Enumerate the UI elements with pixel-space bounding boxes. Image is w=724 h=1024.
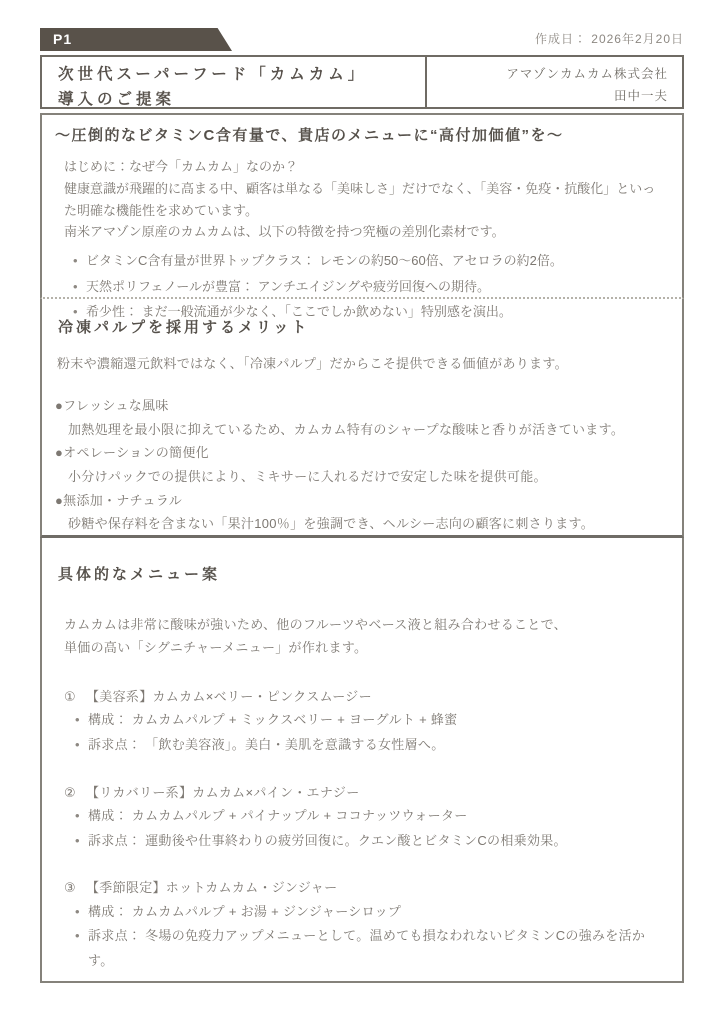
menu-title-text: 【リカバリー系】カムカム×パイン・エナジー xyxy=(86,781,360,804)
menu-composition: • 構成： カムカムパルプ + お湯 + ジンジャーシロップ xyxy=(75,900,666,925)
feature-title: ●オペレーションの簡便化 xyxy=(55,441,666,465)
bullet-text: ビタミンC含有量が世界トップクラス： レモンの約50～60倍、アセロラの約2倍。 xyxy=(86,248,563,273)
page-meta-row: P1 作成日： 2026年2月20日 xyxy=(40,28,684,51)
feature-description: 砂糖や保存料を含まない「果汁100％」を強調でき、ヘルシー志向の顧客に刺さります… xyxy=(68,512,666,536)
document-body: ～圧倒的なビタミンC含有量で、貴店のメニューに“高付加価値”を～ はじめに：なぜ… xyxy=(40,113,684,983)
menu-composition: • 構成： カムカムパルプ + パイナップル + ココナッツウォーター xyxy=(75,804,666,829)
menu-composition-text: 構成： カムカムパルプ + パイナップル + ココナッツウォーター xyxy=(88,804,468,829)
menu-composition-text: 構成： カムカムパルプ + お湯 + ジンジャーシロップ xyxy=(88,900,401,925)
circled-number-icon: ① xyxy=(64,685,86,708)
merit-feature-list: ●フレッシュな風味 加熱処理を最小限に抑えているため、カムカム特有のシャープな酸… xyxy=(55,394,666,536)
menu-appeal-text: 訴求点： 冬場の免疫力アップメニューとして。温めても損なわれないビタミンCの強み… xyxy=(88,924,666,973)
menu-detail-list: • 構成： カムカムパルプ + パイナップル + ココナッツウォーター • 訴求… xyxy=(75,804,666,853)
merit-feature: ●オペレーションの簡便化 小分けパックでの提供により、ミキサーに入れるだけで安定… xyxy=(55,441,666,488)
bullet-dot-icon: • xyxy=(75,733,88,758)
section-merit-lead: 粉末や濃縮還元飲料ではなく、「冷凍パルプ」だからこそ提供できる価値があります。 xyxy=(57,353,666,375)
circled-number-icon: ③ xyxy=(64,876,86,899)
document-title-line-1: 次世代スーパーフード「カムカム」 xyxy=(58,62,417,87)
menu-list: ① 【美容系】カムカム×ベリー・ピンクスムージー • 構成： カムカムパルプ +… xyxy=(64,685,666,974)
document-title: 次世代スーパーフード「カムカム」 導入のご提案 xyxy=(42,57,427,107)
feature-description: 小分けパックでの提供により、ミキサーに入れるだけで安定した味を提供可能。 xyxy=(68,465,666,489)
page-number-badge: P1 xyxy=(40,28,232,51)
menu-title-text: 【美容系】カムカム×ベリー・ピンクスムージー xyxy=(86,685,372,708)
menu-composition-text: 構成： カムカムパルプ + ミックスベリー + ヨーグルト + 蜂蜜 xyxy=(88,708,457,733)
bullet-dot-icon: • xyxy=(75,804,88,829)
menu-appeal: • 訴求点： 運動後や仕事終わりの疲労回復に。クエン酸とビタミンCの相乗効果。 xyxy=(75,829,666,854)
menu-title-row: ③ 【季節限定】ホットカムカム・ジンジャー xyxy=(64,876,666,899)
bullet-dot-icon: • xyxy=(73,248,86,273)
section-menu-lead: カムカムは非常に酸味が強いため、他のフルーツやベース液と組み合わせることで、 単… xyxy=(64,613,666,660)
bullet-text: 天然ポリフェノールが豊富： アンチエイジングや疲労回復への期待。 xyxy=(86,274,490,299)
feature-description: 加熱処理を最小限に抑えているため、カムカム特有のシャープな酸味と香りが活きていま… xyxy=(68,418,666,442)
document-title-line-2: 導入のご提案 xyxy=(58,87,417,112)
proposal-document-page: P1 作成日： 2026年2月20日 次世代スーパーフード「カムカム」 導入のご… xyxy=(0,0,724,1024)
author-name: 田中一夫 xyxy=(427,86,668,108)
section-menu-ideas: 具体的なメニュー案 カムカムは非常に酸味が強いため、他のフルーツやベース液と組み… xyxy=(40,538,684,983)
bullet-dot-icon: • xyxy=(75,708,88,733)
menu-detail-list: • 構成： カムカムパルプ + お湯 + ジンジャーシロップ • 訴求点： 冬場… xyxy=(75,900,666,974)
menu-appeal-text: 訴求点： 運動後や仕事終わりの疲労回復に。クエン酸とビタミンCの相乗効果。 xyxy=(88,829,567,854)
bullet-dot-icon: • xyxy=(75,900,88,925)
bullet-dot-icon: • xyxy=(75,829,88,854)
bullet-item: • ビタミンC含有量が世界トップクラス： レモンの約50～60倍、アセロラの約2… xyxy=(73,248,666,273)
menu-item-seasonal: ③ 【季節限定】ホットカムカム・ジンジャー • 構成： カムカムパルプ + お湯… xyxy=(64,876,666,973)
menu-item-beauty: ① 【美容系】カムカム×ベリー・ピンクスムージー • 構成： カムカムパルプ +… xyxy=(64,685,666,758)
title-block: 次世代スーパーフード「カムカム」 導入のご提案 アマゾンカムカム株式会社 田中一… xyxy=(40,55,684,109)
intro-paragraph: はじめに：なぜ今「カムカム」なのか？ xyxy=(64,156,666,178)
menu-appeal-text: 訴求点： 「飲む美容液」。美白・美肌を意識する女性層へ。 xyxy=(88,733,445,758)
menu-title-row: ② 【リカバリー系】カムカム×パイン・エナジー xyxy=(64,781,666,804)
menu-detail-list: • 構成： カムカムパルプ + ミックスベリー + ヨーグルト + 蜂蜜 • 訴… xyxy=(75,708,666,757)
section-menu-heading: 具体的なメニュー案 xyxy=(55,563,666,584)
section-intro: ～圧倒的なビタミンC含有量で、貴店のメニューに“高付加価値”を～ はじめに：なぜ… xyxy=(40,113,684,299)
bullet-item: • 天然ポリフェノールが豊富： アンチエイジングや疲労回復への期待。 xyxy=(73,274,666,299)
circled-number-icon: ② xyxy=(64,781,86,804)
author-block: アマゾンカムカム株式会社 田中一夫 xyxy=(427,57,682,107)
feature-title: ●無添加・ナチュラル xyxy=(55,489,666,513)
company-name: アマゾンカムカム株式会社 xyxy=(427,64,668,86)
bullet-dot-icon: • xyxy=(75,924,88,973)
menu-title-row: ① 【美容系】カムカム×ベリー・ピンクスムージー xyxy=(64,685,666,708)
bullet-dot-icon: • xyxy=(73,274,86,299)
menu-composition: • 構成： カムカムパルプ + ミックスベリー + ヨーグルト + 蜂蜜 xyxy=(75,708,666,733)
menu-title-text: 【季節限定】ホットカムカム・ジンジャー xyxy=(86,876,337,899)
creation-date: 作成日： 2026年2月20日 xyxy=(535,28,684,47)
feature-title: ●フレッシュな風味 xyxy=(55,394,666,418)
merit-feature: ●無添加・ナチュラル 砂糖や保存料を含まない「果汁100％」を強調でき、ヘルシー… xyxy=(55,489,666,536)
page-number-label: P1 xyxy=(53,31,72,47)
section-intro-paragraphs: はじめに：なぜ今「カムカム」なのか？ 健康意識が飛躍的に高まる中、顧客は単なる「… xyxy=(64,156,666,243)
intro-paragraph: 健康意識が飛躍的に高まる中、顧客は単なる「美味しさ」だけでなく、「美容・免疫・抗… xyxy=(64,178,666,222)
menu-lead-line-2: 単価の高い「シグニチャーメニュー」が作れます。 xyxy=(64,636,666,659)
section-intro-headline: ～圧倒的なビタミンC含有量で、貴店のメニューに“高付加価値”を～ xyxy=(55,124,666,145)
intro-paragraph: 南米アマゾン原産のカムカムは、以下の特徴を持つ究極の差別化素材です。 xyxy=(64,221,666,243)
merit-feature: ●フレッシュな風味 加熱処理を最小限に抑えているため、カムカム特有のシャープな酸… xyxy=(55,394,666,441)
section-frozen-pulp-merit: 冷凍パルプを採用するメリット 粉末や濃縮還元飲料ではなく、「冷凍パルプ」だからこ… xyxy=(40,299,684,538)
menu-item-recovery: ② 【リカバリー系】カムカム×パイン・エナジー • 構成： カムカムパルプ + … xyxy=(64,781,666,854)
menu-appeal: • 訴求点： 冬場の免疫力アップメニューとして。温めても損なわれないビタミンCの… xyxy=(75,924,666,973)
menu-lead-line-1: カムカムは非常に酸味が強いため、他のフルーツやベース液と組み合わせることで、 xyxy=(64,613,666,636)
menu-appeal: • 訴求点： 「飲む美容液」。美白・美肌を意識する女性層へ。 xyxy=(75,733,666,758)
